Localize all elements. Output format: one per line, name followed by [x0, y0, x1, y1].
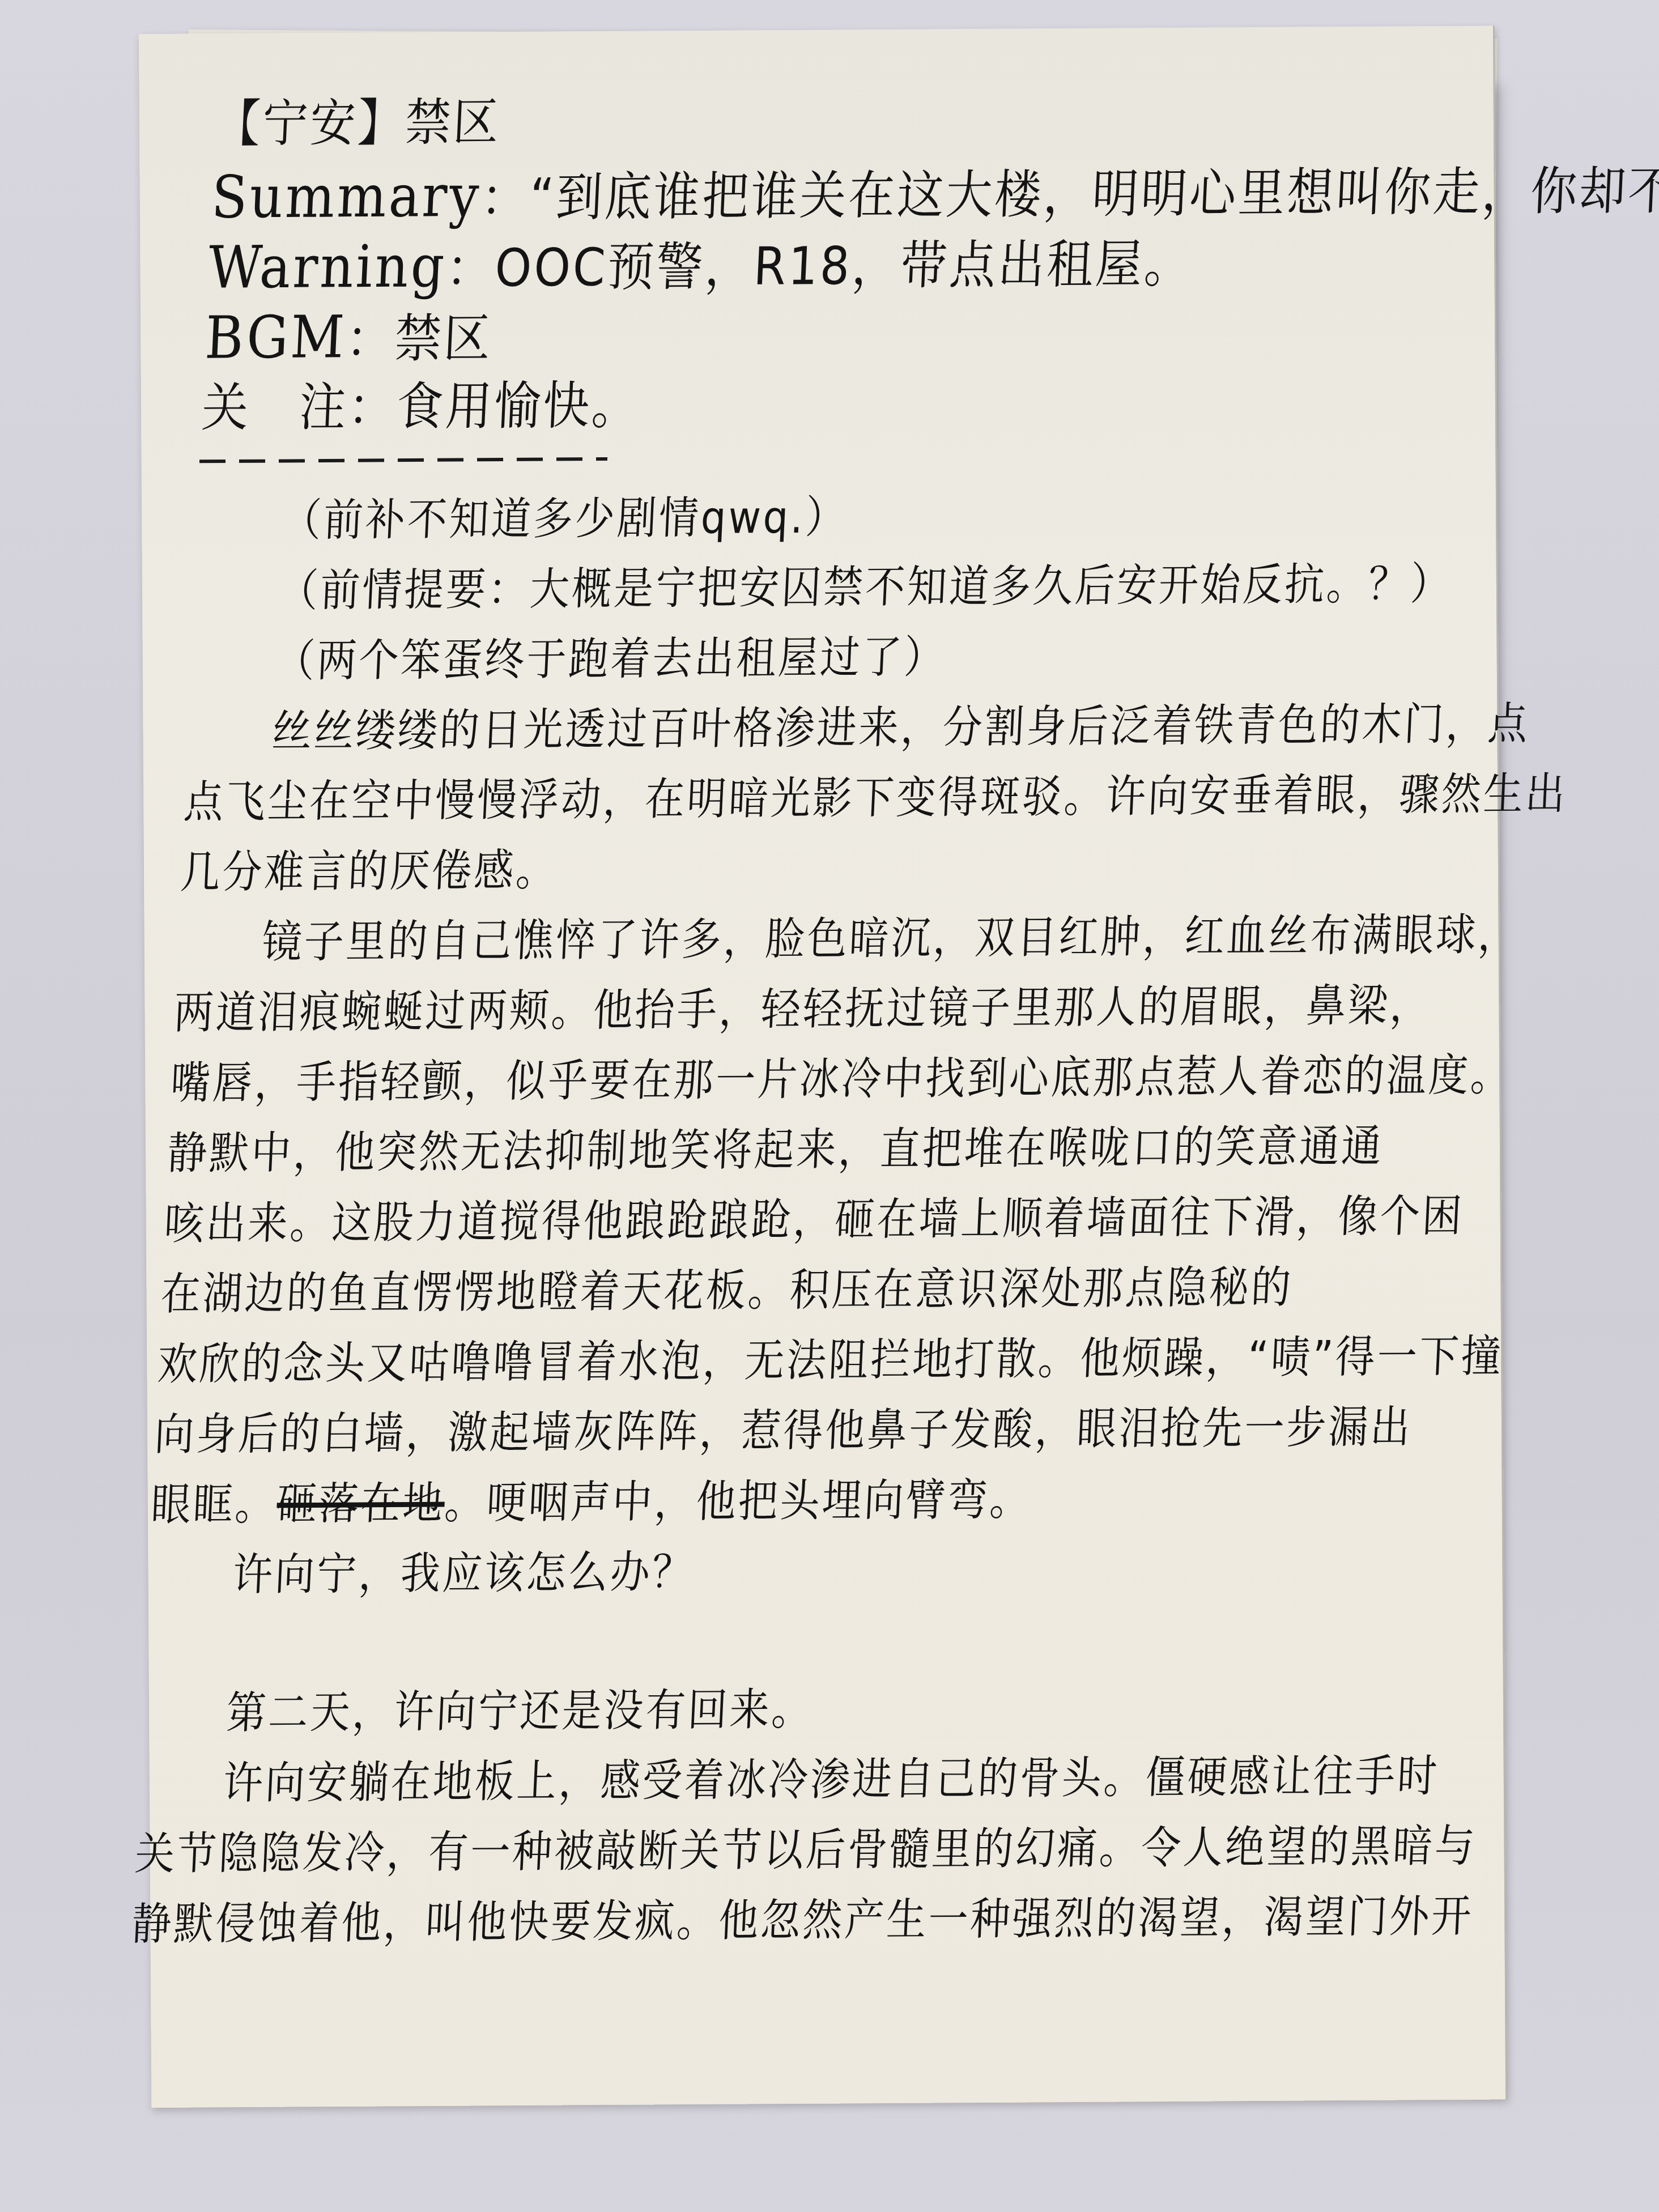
wish-row: 关 注：食用愉快。	[200, 363, 1495, 446]
text-segment: 。哽咽声中，他把头埋向臂弯。	[444, 1473, 1033, 1529]
dashed-divider	[199, 457, 607, 463]
warning-label: Warning	[207, 232, 448, 301]
paragraph-1: 丝丝缕缕的日光透过百叶格渗进来，分割身后泛着铁青色的木门，点 点飞尘在空中慢慢浮…	[179, 689, 1481, 908]
warning-text: ：OOC预警，R18，带点出租屋。	[445, 234, 1194, 299]
bgm-label: BGM	[203, 303, 348, 372]
paragraph-5: 许向安躺在地板上，感受着冰冷渗进自己的骨头。僵硬感让往手时 关节隐隐发冷，有一种…	[130, 1741, 1432, 1959]
crossed-out-text: 砸落在地	[276, 1477, 446, 1530]
bgm-text: ：禁区	[344, 309, 494, 370]
paragraph-3: 许向宁，我应该怎么办？	[146, 1532, 1441, 1610]
paragraph-2: 镜子里的自己憔悴了许多，脸色暗沉，双目红肿，红血丝布满眼球， 两道泪痕蜿蜒过两颊…	[150, 900, 1471, 1540]
document-title: 【宁安】禁区	[214, 84, 1508, 156]
text-line: 许向宁，我应该怎么办？	[146, 1528, 1441, 1615]
handwritten-content: 【宁安】禁区 Summary：“到底谁把谁关在这大楼，明明心里想叫你走，你却不放…	[130, 88, 1508, 1959]
text-segment: 眼眶。	[150, 1478, 278, 1531]
summary-text: ：“到底谁把谁关在这大楼，明明心里想叫你走，你却不放手。”	[479, 160, 1659, 228]
manuscript-page: 【宁安】禁区 Summary：“到底谁把谁关在这大楼，明明心里想叫你走，你却不放…	[139, 25, 1507, 2108]
paragraph-4: 第二天，许向宁还是没有回来。	[140, 1670, 1435, 1749]
text-line: 静默侵蚀着他，叫他快要发疯。他忽然产生一种强烈的渴望，渴望门外开	[130, 1877, 1425, 1964]
text-line-segments: 眼眶。砸落在地。哽咽声中，他把头埋向臂弯。	[150, 1473, 1033, 1530]
summary-label: Summary	[210, 162, 483, 232]
